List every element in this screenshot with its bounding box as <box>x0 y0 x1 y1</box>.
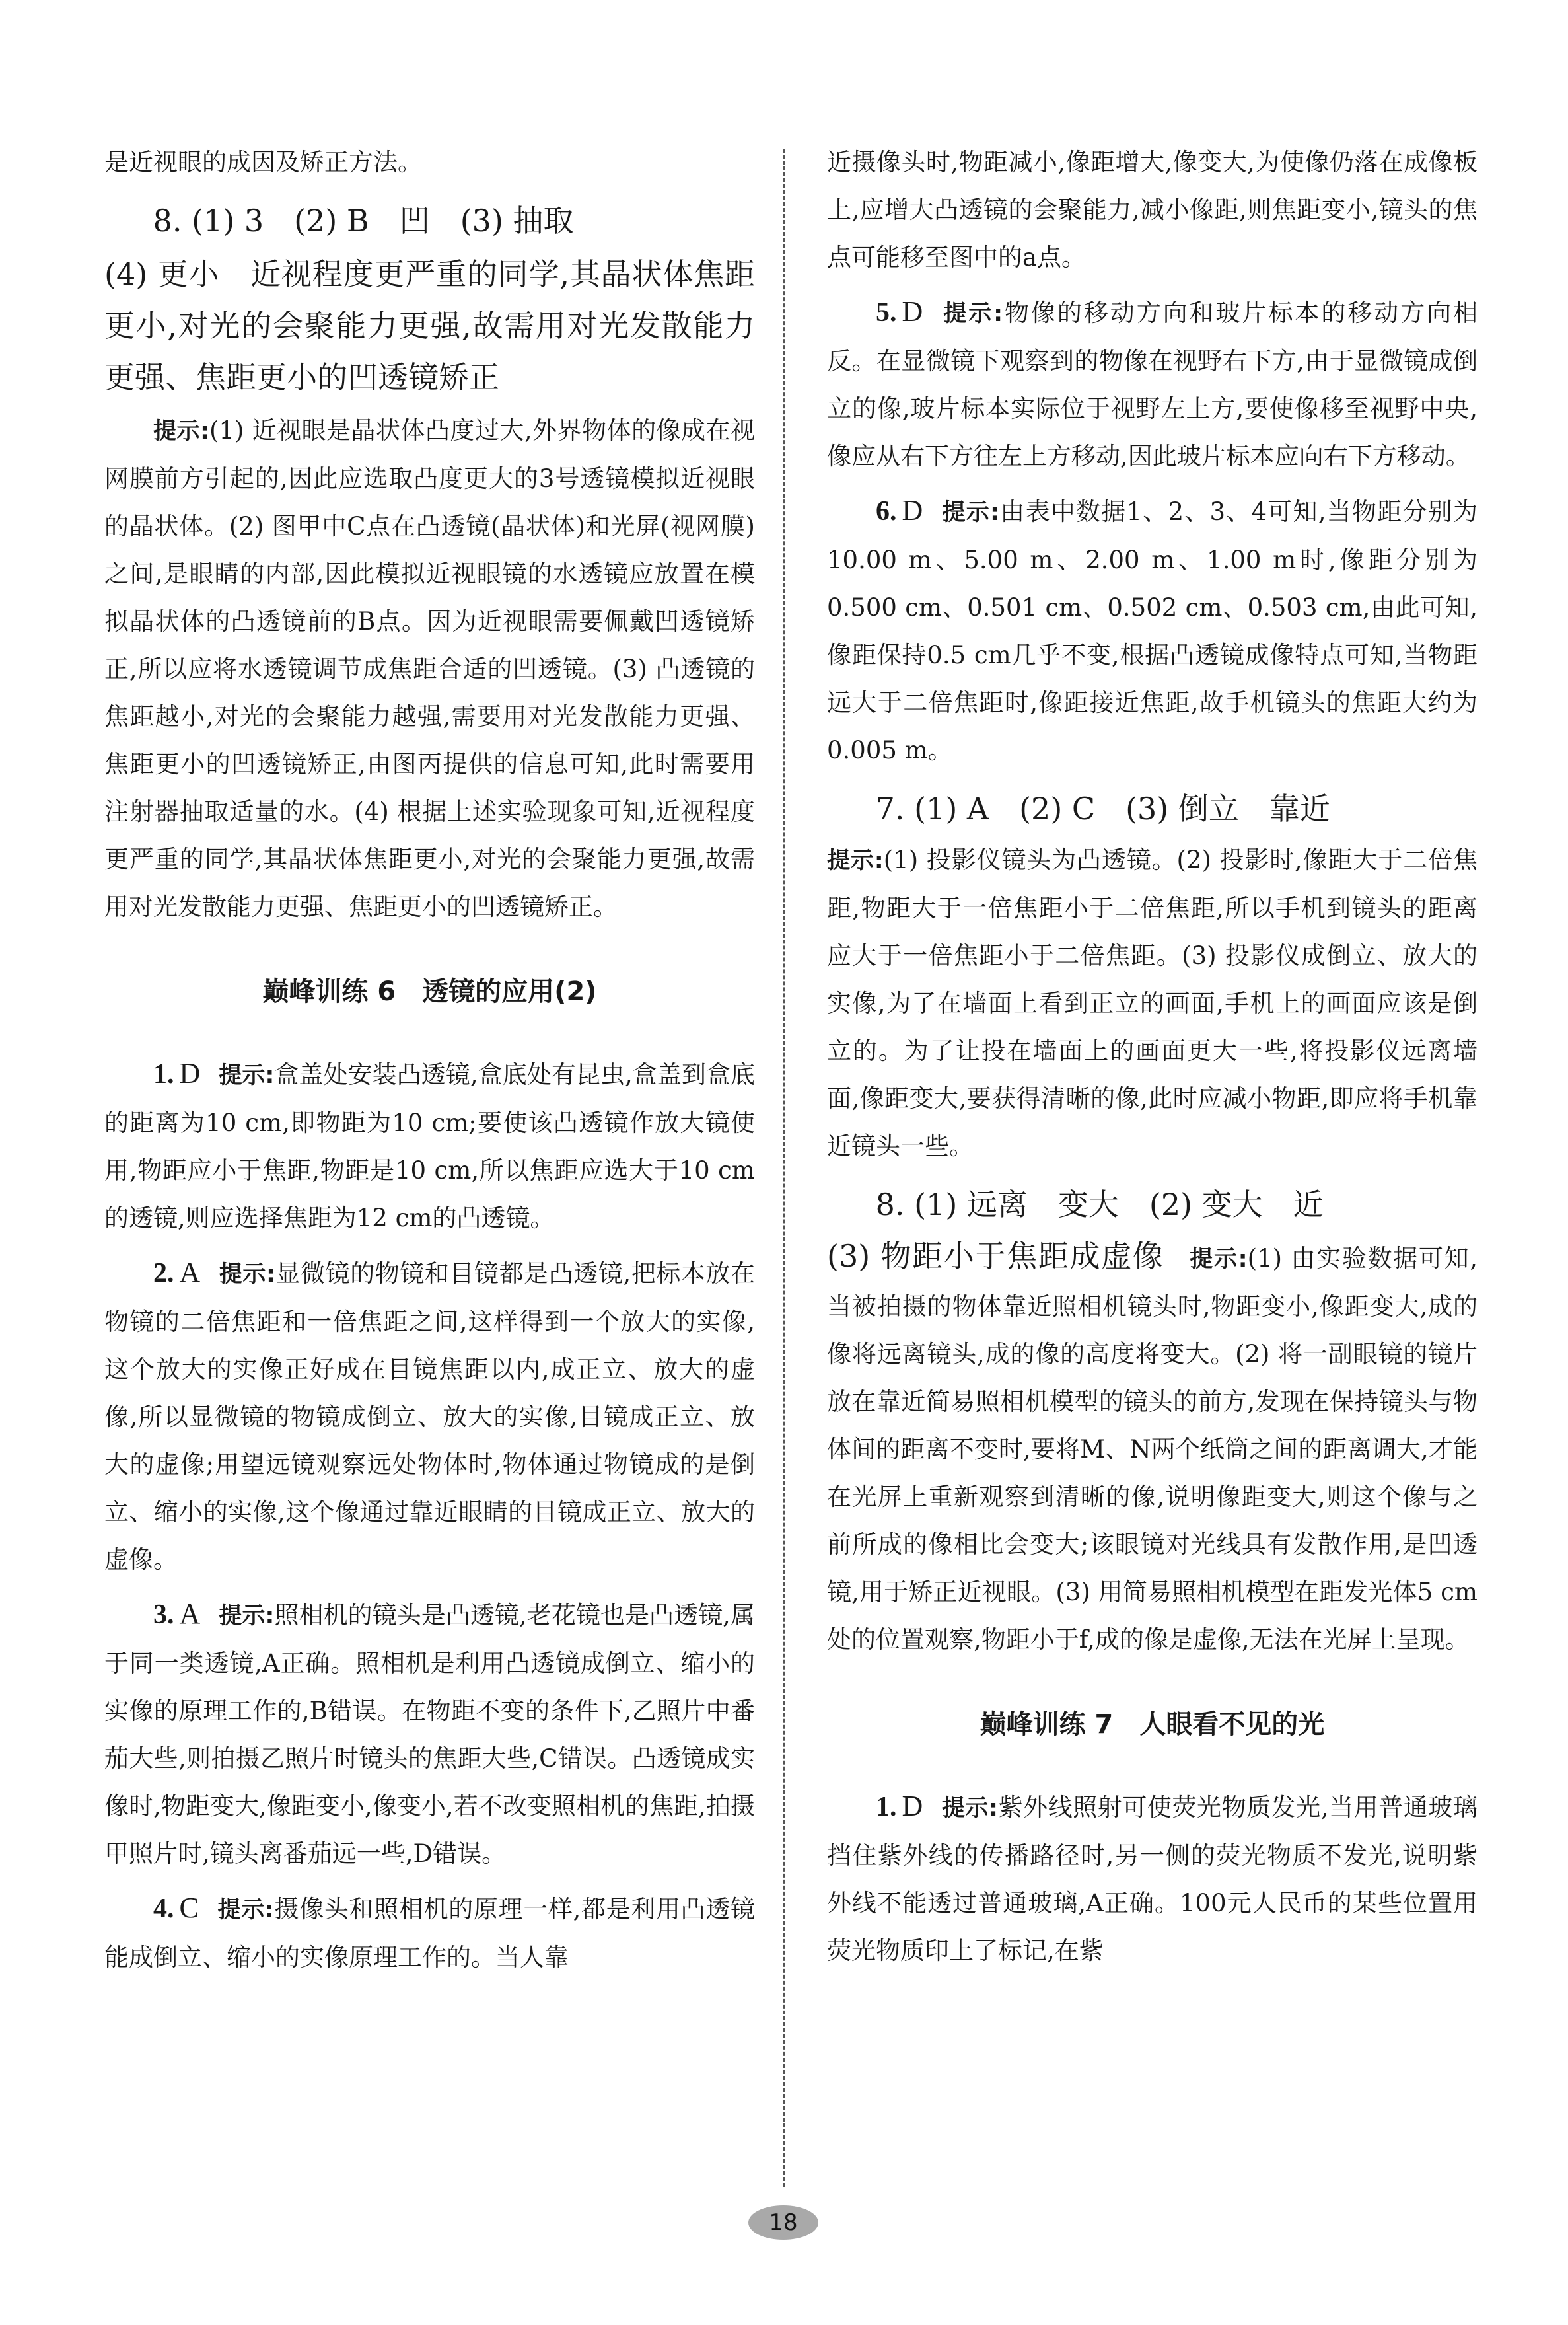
answer-letter: A <box>180 1598 201 1630</box>
answer-item: 1.D提示:盒盖处安装凸透镜,盒底处有昆虫,盒盖到盒底的距离为10 cm,即物距… <box>104 1050 755 1242</box>
hint-label: 提示: <box>941 301 1003 327</box>
hint-text: (1) 近视眼是晶状体凸度过大,外界物体的像成在视网膜前方引起的,因此应选取凸度… <box>104 416 755 921</box>
question-number: 1. <box>153 1059 174 1089</box>
question-number: 5. <box>876 297 897 328</box>
column-divider <box>783 149 785 2187</box>
question-number: 6. <box>876 496 897 527</box>
page-number-badge: 18 <box>748 2205 818 2240</box>
hint-text: 紫外线照射可使荧光物质发光,当用普通玻璃挡住紫外线的传播路径时,另一侧的荧光物质… <box>827 1793 1478 1965</box>
left-column: 是近视眼的成因及矫正方法。 8. (1) 3 (2) B 凹 (3) 抽取 (4… <box>104 139 755 1981</box>
question-number: 1. <box>876 1792 897 1822</box>
section-title-6: 巅峰训练 6 透镜的应用(2) <box>104 972 755 1012</box>
hint-text: 显微镜的物镜和目镜都是凸透镜,把标本放在物镜的二倍焦距和一倍焦距之间,这样得到一… <box>104 1259 755 1574</box>
right-column: 近摄像头时,物距减小,像距增大,像变大,为使像仍落在成像板上,应增大凸透镜的会聚… <box>827 139 1478 1975</box>
answer-letter: A <box>180 1256 201 1288</box>
answer-item: 1.D提示:紫外线照射可使荧光物质发光,当用普通玻璃挡住紫外线的传播路径时,另一… <box>827 1783 1478 1975</box>
question-number: 3. <box>153 1600 174 1630</box>
hint-text: (1) 由实验数据可知,当被拍摄的物体靠近照相机镜头时,物距变小,像距变大,成的… <box>827 1244 1478 1654</box>
hint-text: 摄像头和照相机的原理一样,都是利用凸透镜能成倒立、缩小的实像原理工作的。当人靠 <box>104 1895 755 1972</box>
answer-item: 3.A提示:照相机的镜头是凸透镜,老花镜也是凸透镜,属于同一类透镜,A正确。照相… <box>104 1590 755 1878</box>
answer-letter: D <box>180 1057 201 1089</box>
answer-item-8: 8. (1) 远离 变大 (2) 变大 近 (3) 物距小于焦距成虚像 提示:(… <box>827 1177 1478 1664</box>
answer-letter: D <box>902 1790 923 1822</box>
hint-text: 盒盖处安装凸透镜,盒底处有昆虫,盒盖到盒底的距离为10 cm,即物距为10 cm… <box>104 1060 755 1232</box>
hint-label: 提示: <box>219 1603 274 1629</box>
answer-item: 5.D提示:物像的移动方向和玻片标本的移动方向相反。在显微镜下观察到的物像在视野… <box>827 288 1478 480</box>
continuation-text: 近摄像头时,物距减小,像距增大,像变大,为使像仍落在成像板上,应增大凸透镜的会聚… <box>827 139 1478 281</box>
answer-item: 6.D提示:由表中数据1、2、3、4可知,当物距分别为10.00 m、5.00 … <box>827 487 1478 774</box>
question-number: 2. <box>153 1258 174 1288</box>
answer-letter: C <box>180 1892 199 1924</box>
hint-label: 提示: <box>219 1062 274 1089</box>
question-number: 4. <box>153 1894 174 1924</box>
hint-text: 物像的移动方向和玻片标本的移动方向相反。在显微镜下观察到的物像在视野右下方,由于… <box>827 299 1478 470</box>
answer-continuation: (3) 物距小于焦距成虚像 <box>827 1238 1164 1274</box>
hint-label: 提示: <box>217 1897 274 1923</box>
section-title-7: 巅峰训练 7 人眼看不见的光 <box>827 1705 1478 1744</box>
continuation-text: 是近视眼的成因及矫正方法。 <box>104 139 755 186</box>
hint-text: 照相机的镜头是凸透镜,老花镜也是凸透镜,属于同一类透镜,A正确。照相机是利用凸透… <box>104 1601 755 1868</box>
answer-letter: D <box>902 494 923 527</box>
answer-line: 8. (1) 3 (2) B 凹 (3) 抽取 <box>104 193 755 248</box>
hint-label: 提示: <box>1190 1246 1247 1273</box>
hint-label: 提示: <box>219 1261 275 1288</box>
hint-label: 提示: <box>941 1795 998 1822</box>
answer-line: 7. (1) A (2) C (3) 倒立 靠近 <box>827 781 1478 836</box>
hint-text: (1) 投影仪镜头为凸透镜。(2) 投影时,像距大于二倍焦距,物距大于一倍焦距小… <box>827 846 1478 1160</box>
hint-text: 由表中数据1、2、3、4可知,当物距分别为10.00 m、5.00 m、2.00… <box>827 498 1478 764</box>
hint-label: 提示: <box>827 848 884 874</box>
hint-label: 提示: <box>153 418 209 445</box>
answer-item-7: 7. (1) A (2) C (3) 倒立 靠近 提示:(1) 投影仪镜头为凸透… <box>827 781 1478 1170</box>
answer-item: 2.A提示:显微镜的物镜和目镜都是凸透镜,把标本放在物镜的二倍焦距和一倍焦距之间… <box>104 1249 755 1584</box>
answer-letter: D <box>902 295 923 328</box>
hint-label: 提示: <box>941 499 999 526</box>
answer-item-8: 8. (1) 3 (2) B 凹 (3) 抽取 (4) 更小 近视程度更严重的同… <box>104 193 755 931</box>
answer-line: 8. (1) 远离 变大 (2) 变大 近 <box>827 1177 1478 1232</box>
answer-item: 4.C提示:摄像头和照相机的原理一样,都是利用凸透镜能成倒立、缩小的实像原理工作… <box>104 1884 755 1981</box>
answer-continuation: (4) 更小 近视程度更严重的同学,其晶状体焦距更小,对光的会聚能力更强,故需用… <box>104 248 755 403</box>
